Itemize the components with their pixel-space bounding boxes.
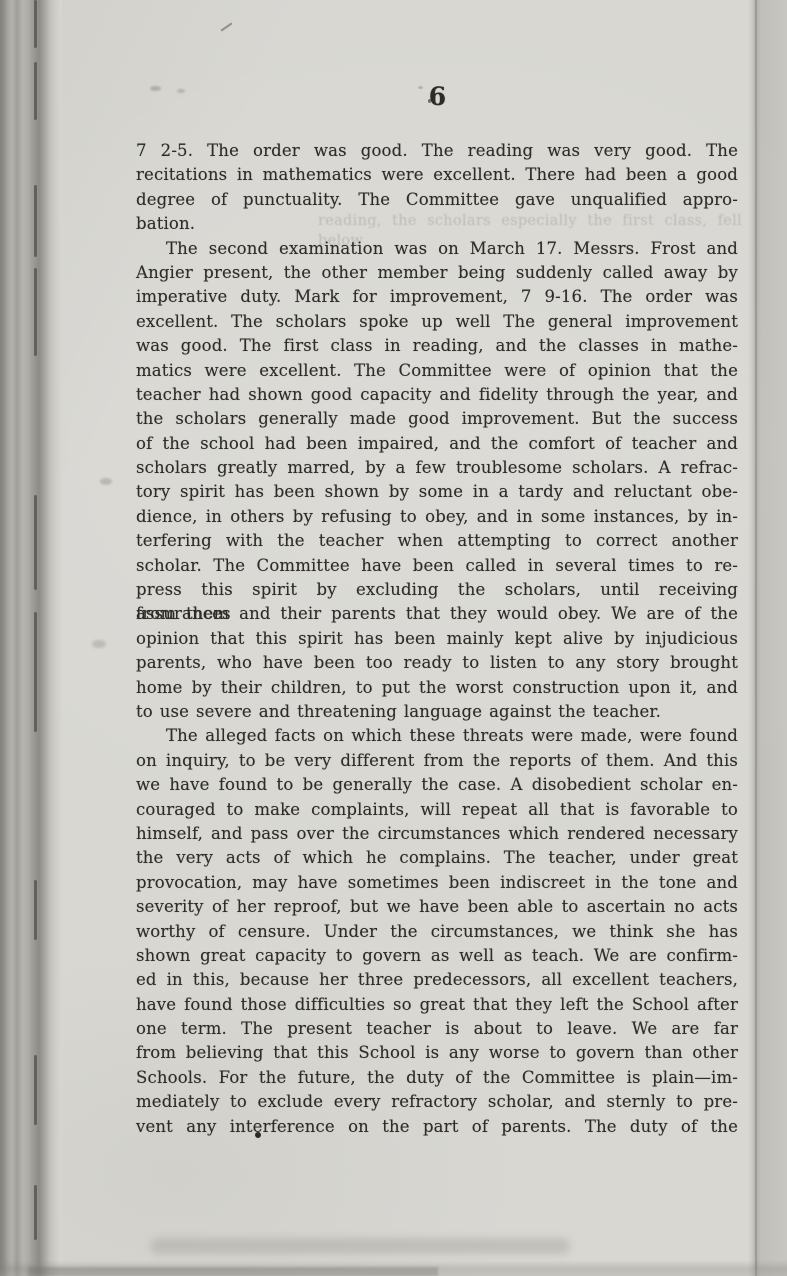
binding-stitch-mark bbox=[34, 1185, 37, 1240]
paper-smudge bbox=[150, 86, 161, 91]
ink-speck bbox=[428, 99, 431, 103]
text-line: recitations in mathematics were excellen… bbox=[136, 163, 738, 187]
text-line: on inquiry, to be very different from th… bbox=[136, 749, 738, 773]
text-line: The alleged facts on which these threats… bbox=[136, 724, 738, 748]
text-line: parents, who have been too ready to list… bbox=[136, 651, 738, 675]
text-line: was good. The first class in reading, an… bbox=[136, 334, 738, 358]
pen-slash-mark bbox=[221, 22, 233, 31]
text-line: couraged to make complaints, will repeat… bbox=[136, 798, 738, 822]
text-line: tory spirit has been shown by some in a … bbox=[136, 480, 738, 504]
binding-stitch-mark bbox=[34, 62, 37, 120]
text-line: to use severe and threatening language a… bbox=[136, 700, 738, 724]
text-line: The second examination was on March 17. … bbox=[136, 237, 738, 261]
text-line: degree of punctuality. The Committee gav… bbox=[136, 188, 738, 212]
text-line: himself, and pass over the circumstances… bbox=[136, 822, 738, 846]
text-line: from believing that this School is any w… bbox=[136, 1041, 738, 1065]
binding-stitch-mark bbox=[34, 185, 37, 257]
text-line: severity of her reproof, but we have bee… bbox=[136, 895, 738, 919]
text-line: bation. bbox=[136, 212, 738, 236]
text-line: from them and their parents that they wo… bbox=[136, 602, 738, 626]
text-line: imperative duty. Mark for improvement, 7… bbox=[136, 285, 738, 309]
text-line: the scholars generally made good improve… bbox=[136, 407, 738, 431]
text-line: opinion that this spirit has been mainly… bbox=[136, 627, 738, 651]
text-line: teacher had shown good capacity and fide… bbox=[136, 383, 738, 407]
text-line: home by their children, to put the worst… bbox=[136, 676, 738, 700]
text-line: scholars greatly marred, by a few troubl… bbox=[136, 456, 738, 480]
text-line: matics were excellent. The Committee wer… bbox=[136, 359, 738, 383]
text-line: vent any interference on the part of par… bbox=[136, 1115, 738, 1139]
binding-stitch-mark bbox=[34, 880, 37, 940]
text-line: dience, in others by refusing to obey, a… bbox=[136, 505, 738, 529]
page-text: 7 2-5. The order was good. The reading w… bbox=[136, 139, 738, 1139]
binding-stitch-mark bbox=[34, 495, 37, 590]
margin-smudge bbox=[92, 640, 106, 648]
text-line: one term. The present teacher is about t… bbox=[136, 1017, 738, 1041]
text-line: mediately to exclude every refractory sc… bbox=[136, 1090, 738, 1114]
text-line: Angier present, the other member being s… bbox=[136, 261, 738, 285]
scanned-book-page: 6 reading, the scholars especially the f… bbox=[0, 0, 787, 1276]
page-right-edge-line bbox=[755, 0, 757, 1276]
page-bottom-edge-dark-band bbox=[28, 1267, 438, 1276]
text-line: have found those difficulties so great t… bbox=[136, 993, 738, 1017]
binding-stitch-mark bbox=[34, 0, 37, 48]
text-line: of the school had been impaired, and the… bbox=[136, 432, 738, 456]
text-line: scholar. The Committee have been called … bbox=[136, 554, 738, 578]
text-line: shown great capacity to govern as well a… bbox=[136, 944, 738, 968]
binding-stitch-mark bbox=[34, 268, 37, 356]
text-line: the very acts of which he complains. The… bbox=[136, 846, 738, 870]
page-number: 6 bbox=[408, 82, 468, 111]
margin-smudge bbox=[100, 478, 112, 485]
text-line: press this spirit by excluding the schol… bbox=[136, 578, 738, 602]
text-line: ed in this, because her three predecesso… bbox=[136, 968, 738, 992]
bleed-through-smudge bbox=[150, 1238, 570, 1254]
binding-stitch-mark bbox=[34, 612, 37, 732]
text-line: Schools. For the future, the duty of the… bbox=[136, 1066, 738, 1090]
binding-stitch-mark bbox=[34, 1055, 37, 1125]
book-binding-gutter bbox=[0, 0, 62, 1276]
paper-smudge bbox=[177, 89, 185, 93]
text-line: we have found to be generally the case. … bbox=[136, 773, 738, 797]
page-right-edge-shadow bbox=[748, 0, 787, 1276]
text-line: worthy of censure. Under the circumstanc… bbox=[136, 920, 738, 944]
paper-smudge bbox=[418, 86, 423, 89]
text-line: excellent. The scholars spoke up well Th… bbox=[136, 310, 738, 334]
ink-speck bbox=[255, 1132, 261, 1138]
text-line: terfering with the teacher when attempti… bbox=[136, 529, 738, 553]
text-line: 7 2-5. The order was good. The reading w… bbox=[136, 139, 738, 163]
text-line: provocation, may have sometimes been ind… bbox=[136, 871, 738, 895]
